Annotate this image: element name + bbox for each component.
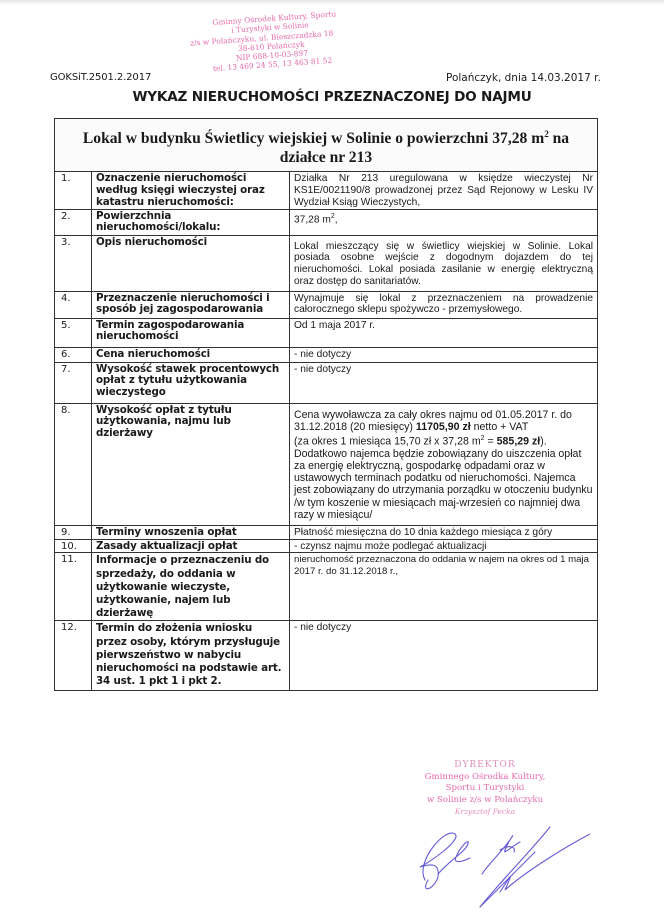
row-label: Powierzchnia nieruchomości/lokalu: (92, 209, 290, 235)
table-row: 4. Przeznaczenie nieruchomości i sposób … (55, 291, 598, 318)
row-value: 37,28 m2, (290, 209, 598, 235)
table-row: 9. Terminy wnoszenia opłat Płatność mies… (55, 525, 598, 539)
table-row: 1. Oznaczenie nieruchomości według księg… (55, 172, 598, 209)
table-row: 2. Powierzchnia nieruchomości/lokalu: 37… (55, 209, 598, 235)
table-heading: Lokal w budynku Świetlicy wiejskiej w So… (55, 119, 598, 172)
row-label: Zasady aktualizacji opłat (92, 539, 290, 553)
scan-edge-shade (0, 0, 664, 5)
row-value: Od 1 maja 2017 r. (290, 318, 598, 347)
director-stamp: DYREKTOR Gminnego Ośrodka Kultury, Sport… (390, 760, 580, 818)
row-value: nieruchomość przeznaczona do oddania w n… (290, 553, 598, 621)
row-label: Termin do złożenia wniosku przez osoby, … (92, 621, 290, 691)
row-number: 7. (55, 362, 92, 403)
row-label: Termin zagospodarowania nieruchomości (92, 318, 290, 347)
row-number: 2. (55, 209, 92, 235)
row-value: Wynajmuje się lokal z przeznaczeniem na … (290, 291, 598, 318)
row-number: 9. (55, 525, 92, 539)
row-number: 12. (55, 621, 92, 691)
row-label: Przeznaczenie nieruchomości i sposób jej… (92, 291, 290, 318)
row-number: 4. (55, 291, 92, 318)
place-date: Polańczyk, dnia 14.03.2017 r. (446, 72, 601, 84)
row-value: - nie dotyczy (290, 362, 598, 403)
row-label: Terminy wnoszenia opłat (92, 525, 290, 539)
row-number: 6. (55, 347, 92, 362)
monthly-amount: 585,29 zł (497, 436, 541, 448)
row-number: 1. (55, 172, 92, 209)
row-number: 3. (55, 235, 92, 291)
row-value: Płatność miesięczna do 10 dnia każdego m… (290, 525, 598, 539)
document-title: WYKAZ NIERUCHOMOŚCI PRZEZNACZONEJ DO NAJ… (0, 89, 664, 105)
row-label: Opis nieruchomości (92, 235, 290, 291)
institution-stamp: Gminny Ośrodek Kultury, Sportu i Turysty… (184, 8, 357, 76)
property-table: Lokal w budynku Świetlicy wiejskiej w So… (54, 118, 598, 691)
table-row: 7. Wysokość stawek procentowych opłat z … (55, 362, 598, 403)
row-label: Oznaczenie nieruchomości według księgi w… (92, 172, 290, 209)
row-label: Wysokość stawek procentowych opłat z tyt… (92, 362, 290, 403)
row-number: 8. (55, 403, 92, 525)
row-label: Wysokość opłat z tytułu użytkowania, naj… (92, 403, 290, 525)
stamp-line: Gminnego Ośrodka Kultury, (390, 772, 580, 784)
stamp-name: Krzysztof Pecka (390, 806, 580, 818)
table-row: 3. Opis nieruchomości Lokal mieszczący s… (55, 235, 598, 291)
stamp-line: w Solinie z/s w Polańczyku (390, 795, 580, 807)
signature-icon (390, 822, 590, 912)
table-row: 12. Termin do złożenia wniosku przez oso… (55, 621, 598, 691)
row-value: Lokal mieszczący się w świetlicy wiejski… (290, 235, 598, 291)
row-number: 11. (55, 553, 92, 621)
table-row: 6. Cena nieruchomości - nie dotyczy (55, 347, 598, 362)
row-number: 5. (55, 318, 92, 347)
row-label: Cena nieruchomości (92, 347, 290, 362)
table-row: 8. Wysokość opłat z tytułu użytkowania, … (55, 403, 598, 525)
table-row: 5. Termin zagospodarowania nieruchomości… (55, 318, 598, 347)
table-row: 11. Informacje o przeznaczeniu do sprzed… (55, 553, 598, 621)
row-value: - nie dotyczy (290, 347, 598, 362)
table-heading-row: Lokal w budynku Świetlicy wiejskiej w So… (55, 119, 598, 172)
total-amount: 11705,90 zł (416, 421, 471, 433)
row-value: Cena wywoławcza za cały okres najmu od 0… (290, 403, 598, 525)
table-row: 10. Zasady aktualizacji opłat - czynsz n… (55, 539, 598, 553)
stamp-line: Sportu i Turystyki (390, 783, 580, 795)
row-value: - czynsz najmu może podlegać aktualizacj… (290, 539, 598, 553)
row-label: Informacje o przeznaczeniu do sprzedaży,… (92, 553, 290, 621)
row-value: - nie dotyczy (290, 621, 598, 691)
row-value: Działka Nr 213 uregulowana w księdze wie… (290, 172, 598, 209)
reference-number: GOKSiT.2501.2.2017 (50, 72, 151, 83)
stamp-title: DYREKTOR (390, 760, 580, 772)
row-number: 10. (55, 539, 92, 553)
